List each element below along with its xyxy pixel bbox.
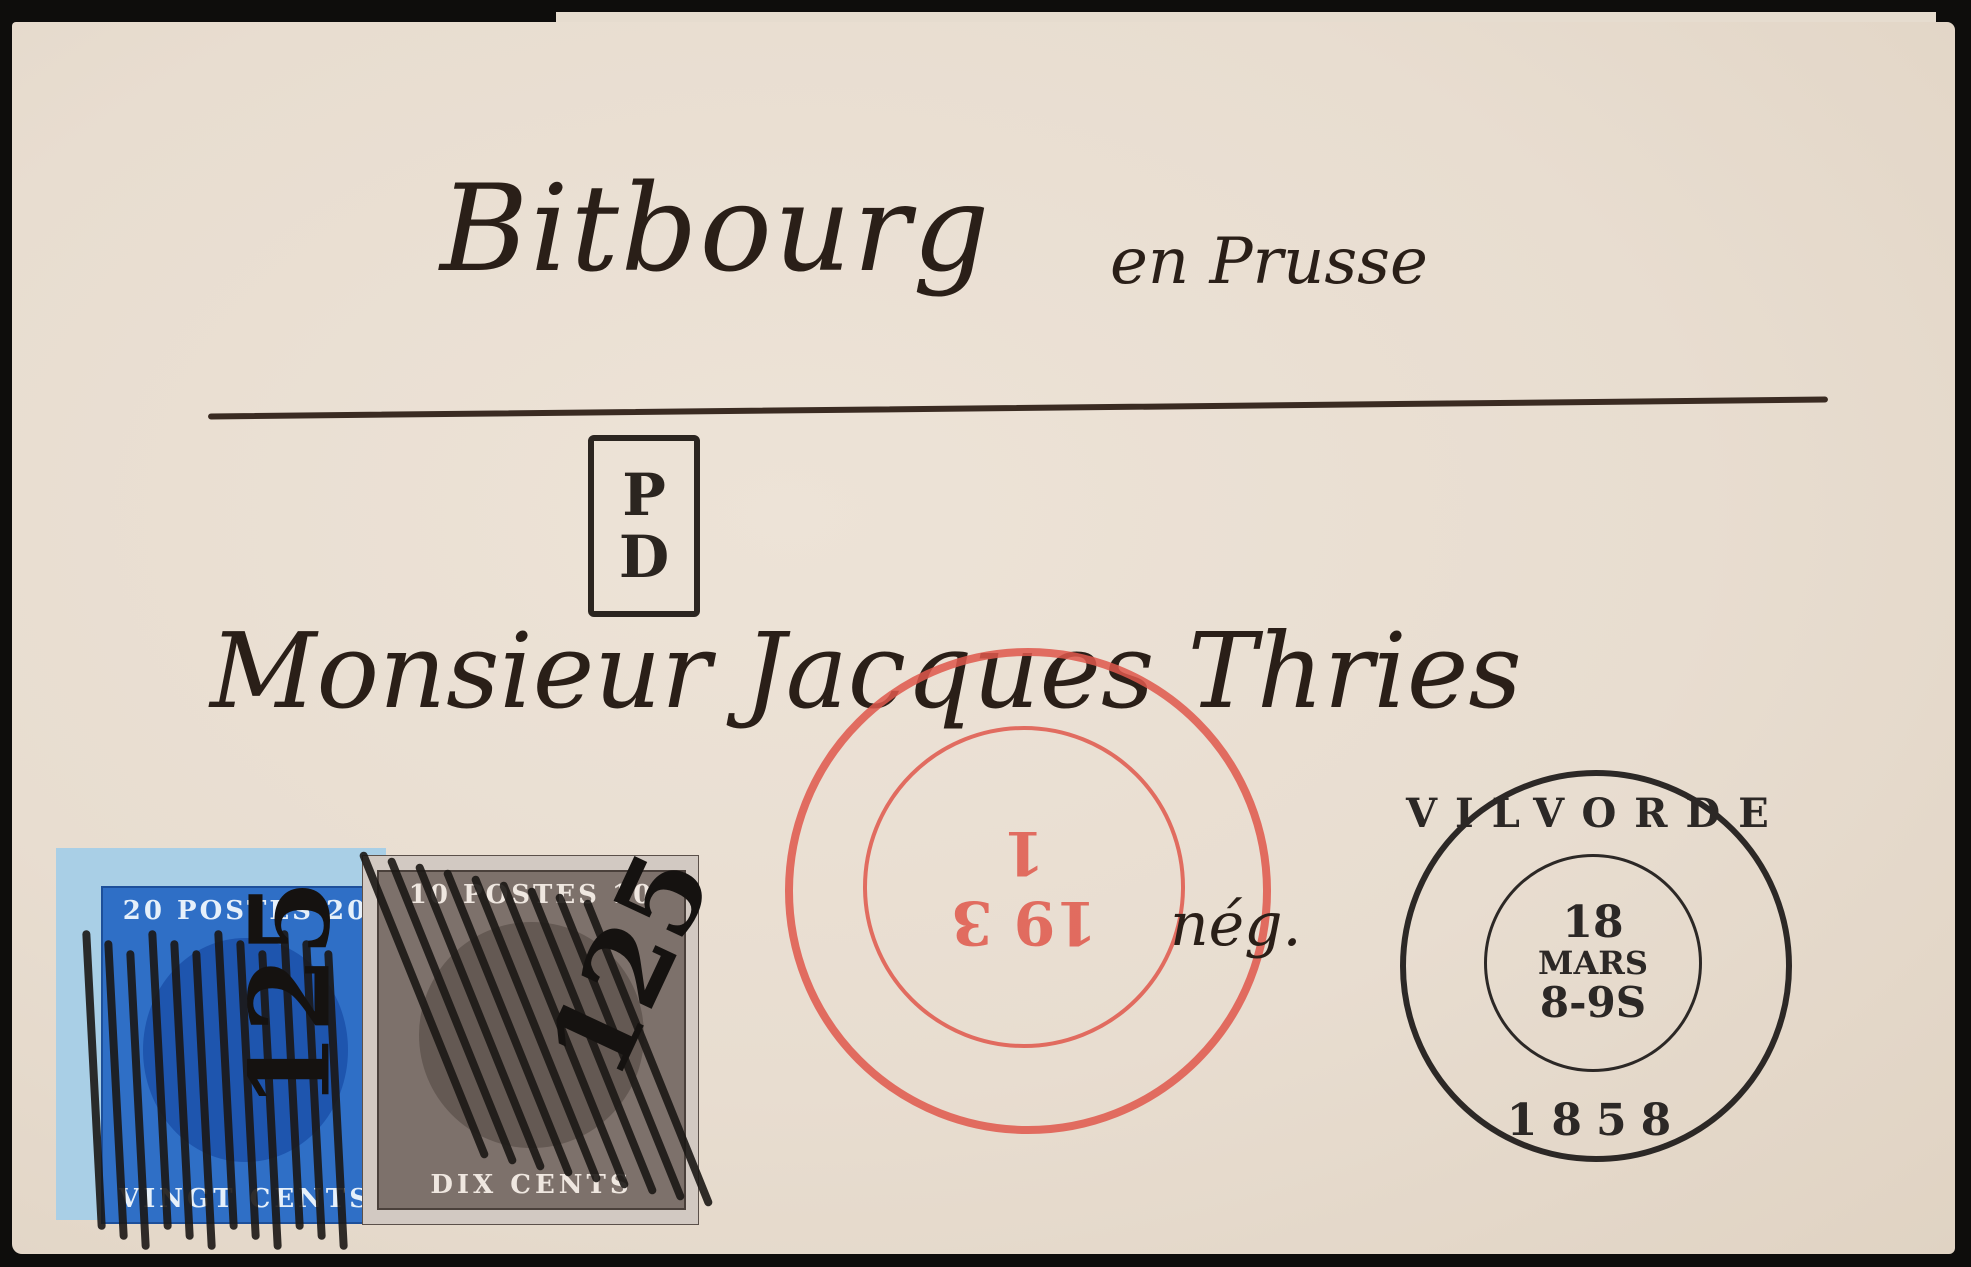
destination-country: en Prusse — [1110, 225, 1428, 299]
red-cancel-center: 1 19 3 — [863, 726, 1185, 1048]
cds-town: VILVORDE — [1406, 790, 1786, 837]
addressee-title: nég. — [1170, 890, 1302, 960]
cds-day: 18 — [1562, 901, 1623, 945]
stamp-bottom-label: DIX CENTS — [379, 1170, 684, 1200]
pd-letter-p: P — [622, 464, 666, 526]
stamp-bottom-label: VINGT CENTS — [103, 1184, 388, 1214]
cds-year: 1858 — [1406, 1095, 1786, 1146]
pd-letter-d: D — [619, 526, 669, 588]
destination-city: Bitbourg — [440, 160, 991, 299]
pd-boxed-handstamp: P D — [588, 435, 700, 617]
vilvorde-date-stamp: VILVORDE 18 MARS 8-9S 1858 — [1400, 770, 1792, 1162]
cds-hour: 8-9S — [1540, 981, 1646, 1025]
red-cancel-line1: 1 — [1003, 817, 1045, 887]
cds-center: 18 MARS 8-9S — [1484, 854, 1702, 1072]
red-cancel-line2: 19 3 — [951, 887, 1097, 957]
numeral-cancel-1: 125 — [225, 880, 354, 1110]
cds-month: MARS — [1538, 945, 1648, 981]
